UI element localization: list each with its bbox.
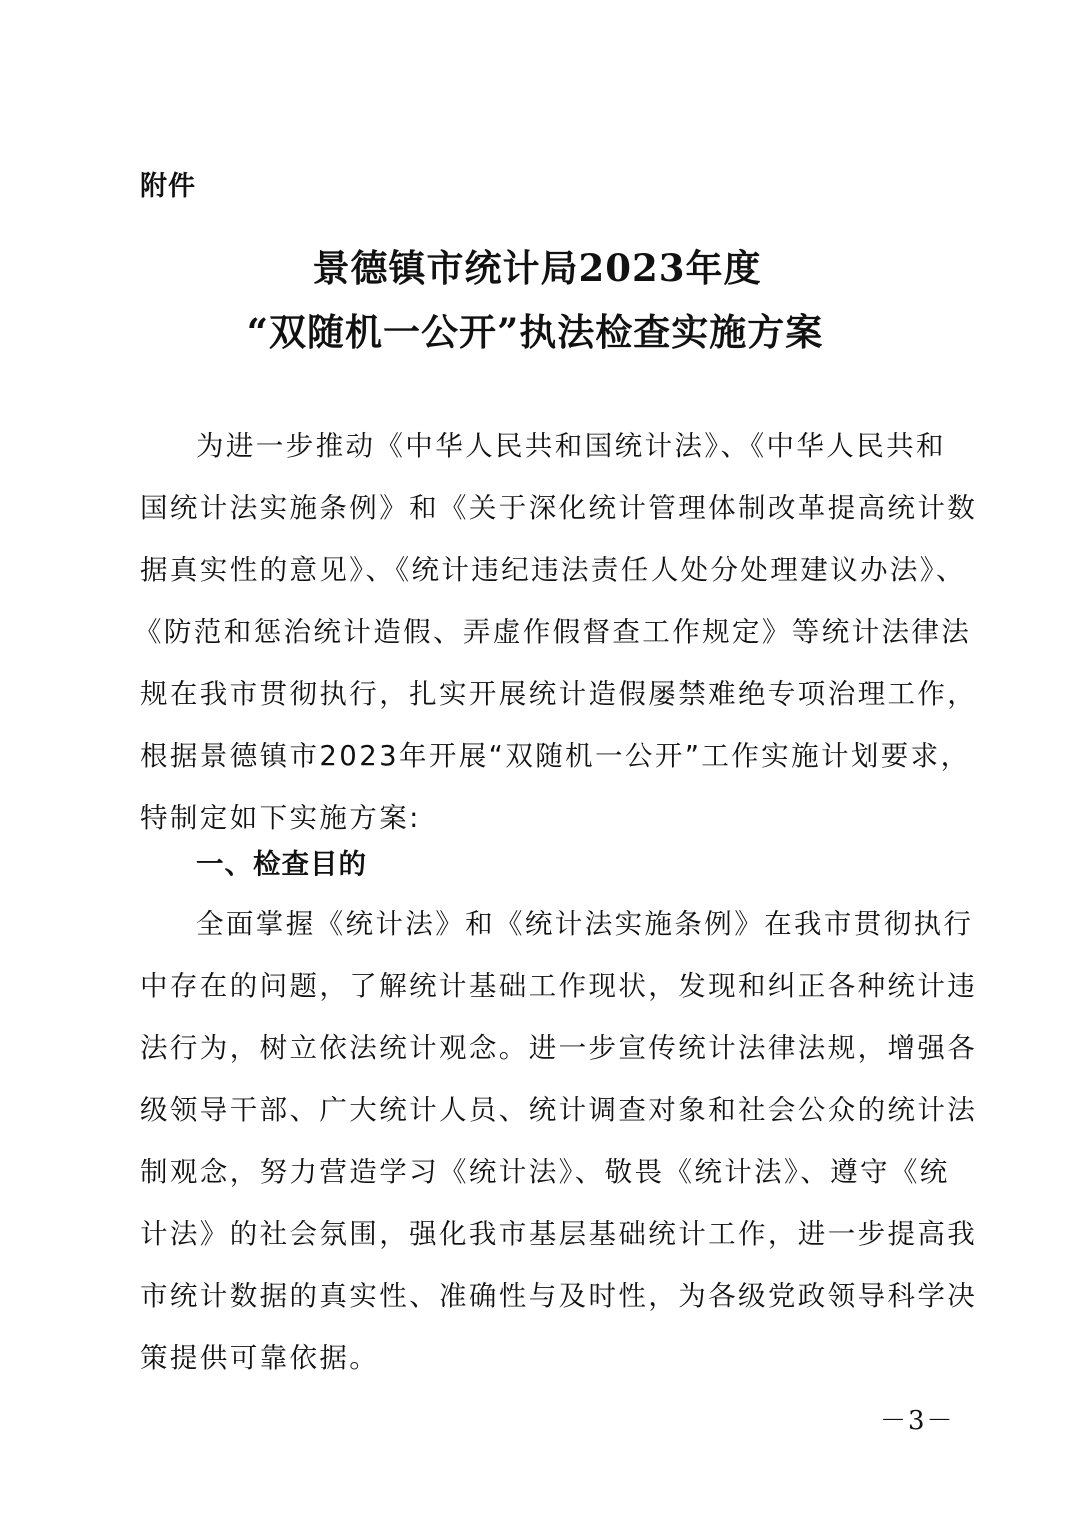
paragraph-line: 为进一步推动《中华人民共和国统计法》、《中华人民共和 bbox=[196, 426, 940, 466]
paragraph-line: 计法》的社会氛围，强化我市基层基础统计工作，进一步提高我 bbox=[140, 1214, 940, 1254]
section-heading: 一、检查目的 bbox=[196, 844, 367, 884]
paragraph-line: 国统计法实施条例》和《关于深化统计管理体制改革提高统计数 bbox=[140, 488, 940, 528]
document-title-line-2: “双随机一公开”执法检查实施方案 bbox=[0, 302, 1072, 356]
document-page: 附件 景德镇市统计局2023年度 “双随机一公开”执法检查实施方案 为进一步推动… bbox=[0, 0, 1074, 1520]
paragraph-line: 特制定如下实施方案: bbox=[140, 798, 940, 838]
document-title-line-1: 景德镇市统计局2023年度 bbox=[0, 238, 1074, 292]
page-number: －3－ bbox=[880, 1400, 955, 1437]
paragraph-line: 据真实性的意见》、《统计违纪违法责任人处分处理建议办法》、 bbox=[140, 550, 940, 590]
paragraph-line: 策提供可靠依据。 bbox=[140, 1338, 940, 1378]
paragraph-line: 级领导干部、广大统计人员、统计调查对象和社会公众的统计法 bbox=[140, 1090, 940, 1130]
paragraph-line: 《防范和惩治统计造假、弄虚作假督查工作规定》等统计法律法 bbox=[134, 612, 934, 652]
attachment-label: 附件 bbox=[140, 164, 196, 203]
paragraph-line: 全面掌握《统计法》和《统计法实施条例》在我市贯彻执行 bbox=[196, 904, 940, 944]
paragraph-line: 根据景德镇市2023年开展“双随机一公开”工作实施计划要求， bbox=[140, 736, 940, 776]
paragraph-line: 中存在的问题，了解统计基础工作现状，发现和纠正各种统计违 bbox=[140, 966, 940, 1006]
paragraph-line: 制观念，努力营造学习《统计法》、敬畏《统计法》、遵守《统 bbox=[140, 1152, 940, 1192]
paragraph-line: 市统计数据的真实性、准确性与及时性，为各级党政领导科学决 bbox=[140, 1276, 940, 1316]
paragraph-line: 规在我市贯彻执行，扎实开展统计造假屡禁难绝专项治理工作， bbox=[140, 674, 940, 714]
paragraph-line: 法行为，树立依法统计观念。进一步宣传统计法律法规，增强各 bbox=[140, 1028, 940, 1068]
